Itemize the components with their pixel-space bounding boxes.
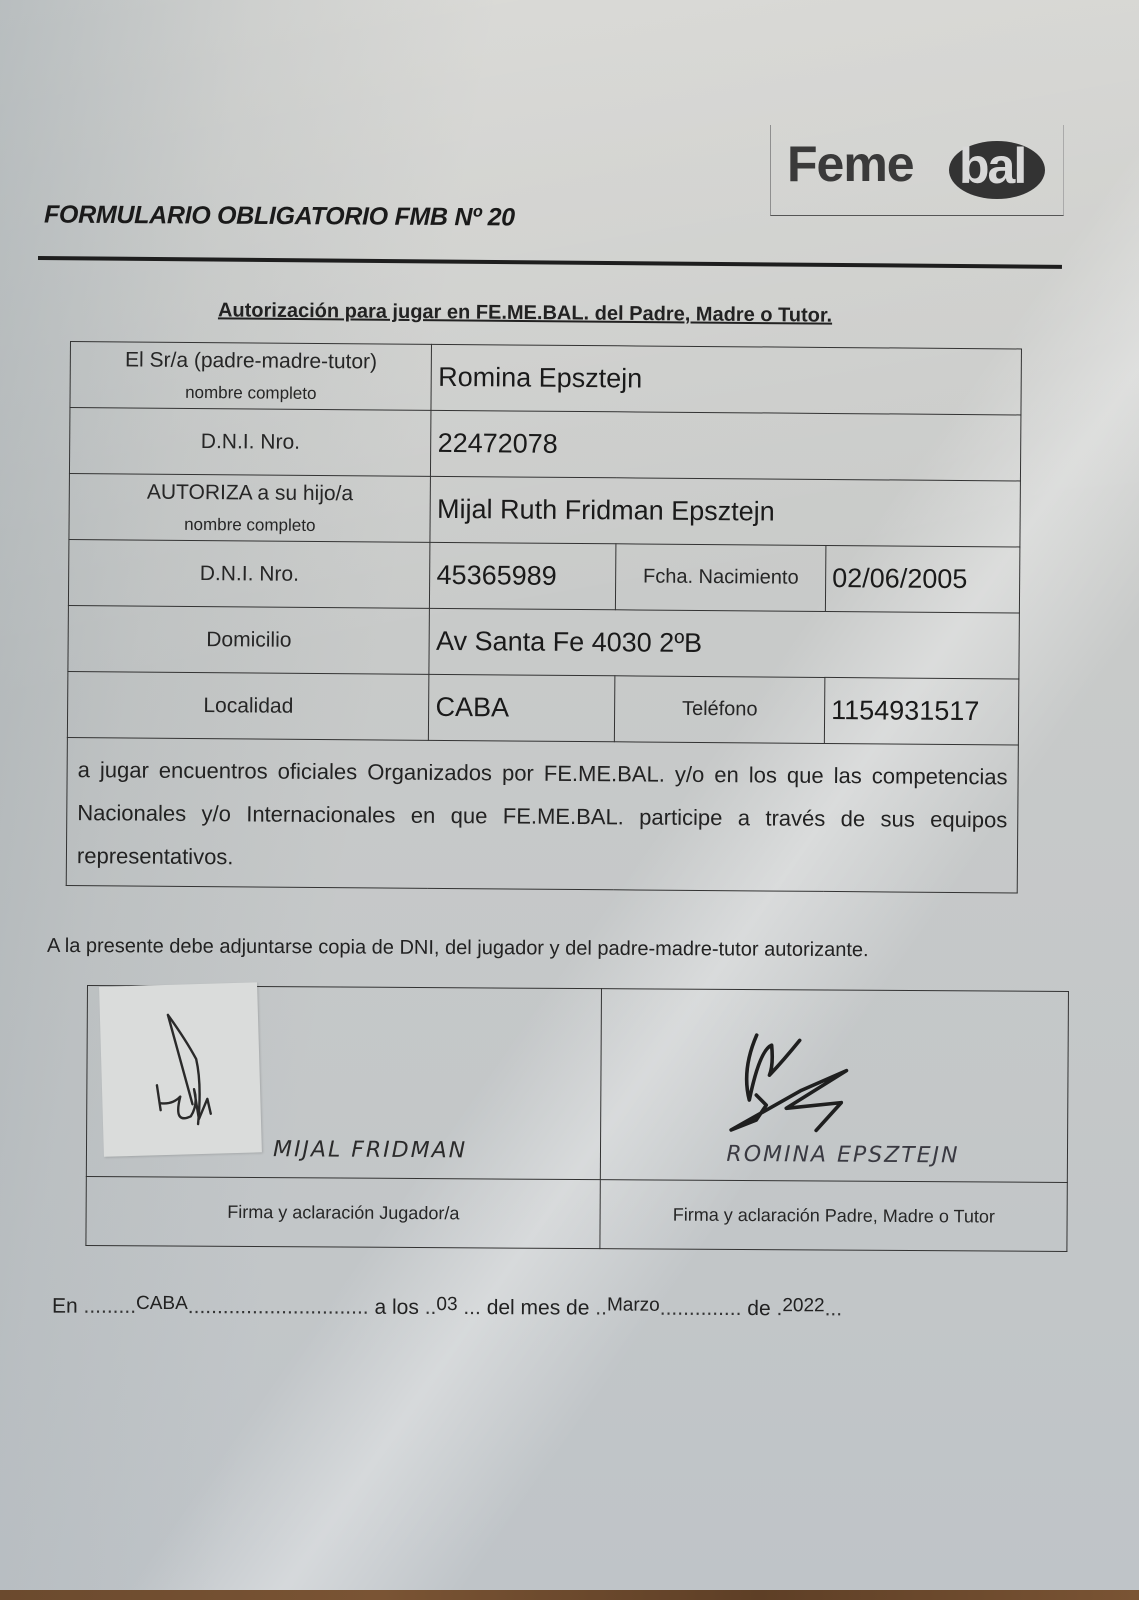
- place-date-line: En .........CABA........................…: [52, 1295, 842, 1322]
- parent-signature-caption: Firma y aclaración Padre, Madre o Tutor: [600, 1180, 1067, 1252]
- place-field[interactable]: CABA: [136, 1293, 188, 1314]
- signature-table: MIJAL FRIDMAN ROMINA EPSZTEJN Firma y ac…: [85, 985, 1069, 1252]
- parent-name-field[interactable]: Romina Epsztejn: [431, 344, 1021, 415]
- child-name-row: AUTORIZA a su hijo/a nombre completo Mij…: [69, 473, 1020, 546]
- player-signature-icon: [99, 982, 262, 1156]
- child-name-label: AUTORIZA a su hijo/a: [147, 480, 353, 505]
- child-dni-label: D.N.I. Nro.: [68, 539, 430, 608]
- attachment-note: A la presente debe adjuntarse copia de D…: [47, 935, 869, 962]
- parent-dni-field[interactable]: 22472078: [431, 410, 1021, 481]
- logo-ball-icon: bal: [949, 141, 1045, 199]
- femebal-logo: Feme bal: [770, 125, 1064, 216]
- year-label: de: [747, 1297, 770, 1320]
- authorization-text: a jugar encuentros oficiales Organizados…: [66, 737, 1018, 892]
- parent-signature-field[interactable]: ROMINA EPSZTEJN: [601, 989, 1069, 1183]
- parent-printed-name: ROMINA EPSZTEJN: [726, 1142, 959, 1168]
- address-label: Domicilio: [68, 605, 430, 674]
- logo-ball-text: bal: [959, 137, 1025, 195]
- parent-name-label: El Sr/a (padre-madre-tutor): [125, 348, 377, 373]
- child-name-sublabel: nombre completo: [69, 514, 430, 537]
- title-divider: [38, 256, 1062, 269]
- authorization-text-row: a jugar encuentros oficiales Organizados…: [66, 737, 1018, 892]
- player-signature-field[interactable]: MIJAL FRIDMAN: [86, 986, 602, 1180]
- month-field[interactable]: Marzo: [607, 1295, 660, 1316]
- form-subtitle: Autorización para jugar en FE.ME.BAL. de…: [218, 299, 832, 327]
- locality-row: Localidad CABA Teléfono 1154931517: [67, 671, 1018, 744]
- child-dni-field[interactable]: 45365989: [430, 542, 616, 609]
- year-field[interactable]: 2022: [782, 1295, 824, 1316]
- parent-dni-label: D.N.I. Nro.: [69, 408, 431, 477]
- logo-text: Feme: [787, 135, 914, 193]
- authorization-table: El Sr/a (padre-madre-tutor) nombre compl…: [66, 341, 1022, 893]
- birthdate-field[interactable]: 02/06/2005: [825, 545, 1019, 613]
- form-title: FORMULARIO OBLIGATORIO FMB Nº 20: [44, 201, 515, 233]
- month-label: del mes de: [487, 1296, 590, 1319]
- paper-document: Feme bal FORMULARIO OBLIGATORIO FMB Nº 2…: [0, 0, 1139, 1592]
- parent-dni-row: D.N.I. Nro. 22472078: [69, 408, 1020, 481]
- parent-name-row: El Sr/a (padre-madre-tutor) nombre compl…: [70, 342, 1021, 415]
- parent-signature-icon: [711, 1010, 912, 1151]
- parent-name-sublabel: nombre completo: [71, 382, 432, 405]
- birthdate-label: Fcha. Nacimiento: [616, 544, 826, 612]
- address-row: Domicilio Av Santa Fe 4030 2ºB: [68, 605, 1019, 678]
- parent-name-label-cell: El Sr/a (padre-madre-tutor) nombre compl…: [70, 342, 432, 411]
- phone-label: Teléfono: [615, 676, 825, 744]
- sticky-note: [99, 982, 262, 1156]
- child-name-label-cell: AUTORIZA a su hijo/a nombre completo: [69, 473, 431, 542]
- phone-field[interactable]: 1154931517: [824, 677, 1018, 745]
- wooden-surface: [0, 1590, 1139, 1600]
- child-name-field[interactable]: Mijal Ruth Fridman Epsztejn: [430, 476, 1020, 547]
- locality-field[interactable]: CABA: [429, 674, 615, 741]
- address-field[interactable]: Av Santa Fe 4030 2ºB: [429, 608, 1019, 679]
- child-dni-row: D.N.I. Nro. 45365989 Fcha. Nacimiento 02…: [68, 539, 1019, 612]
- day-field[interactable]: 03: [436, 1294, 457, 1315]
- locality-label: Localidad: [67, 671, 429, 740]
- player-signature-caption: Firma y aclaración Jugador/a: [86, 1176, 601, 1248]
- day-label: a los: [374, 1296, 418, 1319]
- player-printed-name: MIJAL FRIDMAN: [273, 1137, 467, 1163]
- en-label: En: [52, 1295, 78, 1318]
